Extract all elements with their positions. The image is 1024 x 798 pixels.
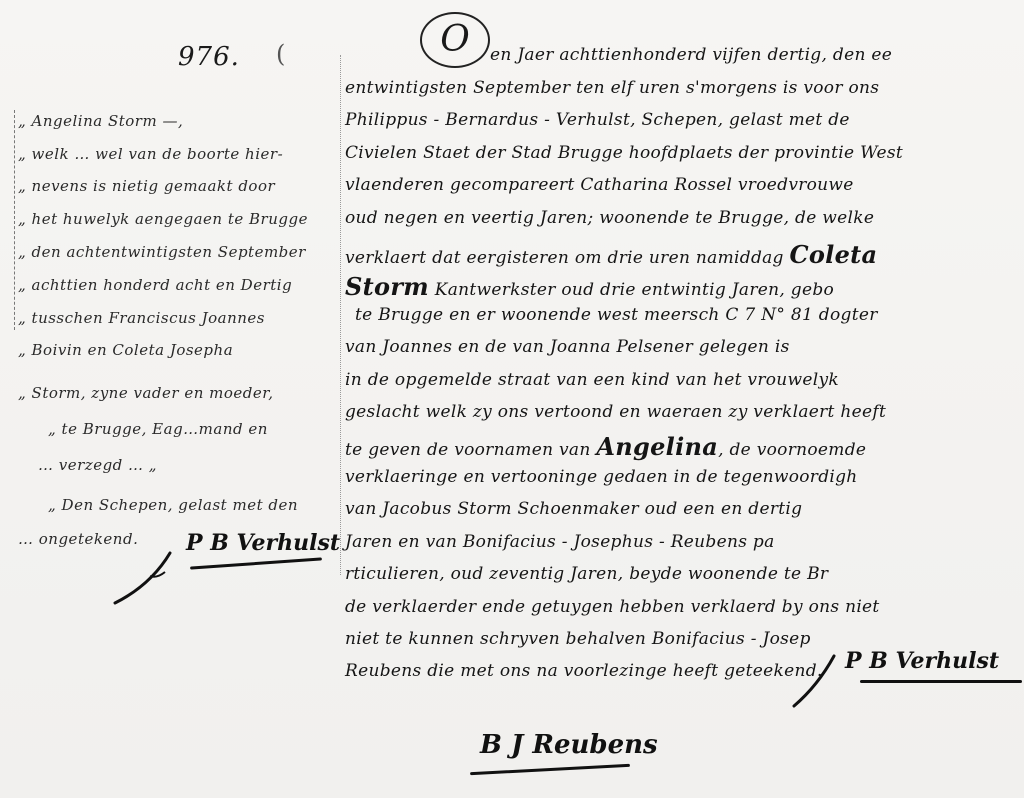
record-paren: ( (276, 40, 285, 68)
margin-line: „ te Brugge, Eag…mand en (48, 420, 368, 438)
margin-line: „ achttien honderd acht en Dertig (18, 276, 338, 294)
record-line: geslacht welk zy ons vertoond en waeraen… (345, 402, 886, 422)
record-line: oud negen en veertig Jaren; woonende te … (345, 208, 874, 228)
margin-line: … verzegd … „ (38, 456, 358, 474)
record-line: Civielen Staet der Stad Brugge hoofdplae… (345, 143, 903, 163)
signature-underline (470, 764, 630, 775)
margin-line: „ nevens is nietig gemaakt door (18, 177, 338, 195)
scanned-document-page: 976. ( „ Angelina Storm —, „ welk … wel … (0, 0, 1024, 798)
record-line: van Joannes en de van Joanna Pelsener ge… (345, 337, 790, 357)
signature-flourish-icon (110, 548, 180, 608)
margin-line: „ Storm, zyne vader en moeder, (18, 384, 338, 402)
signature-underline (860, 680, 1022, 683)
record-line: in de opgemelde straat van een kind van … (345, 370, 839, 390)
margin-line: „ Boivin en Coleta Josepha (18, 341, 338, 359)
record-line: niet te kunnen schryven behalven Bonifac… (345, 629, 811, 649)
record-text: , de voornoemde (718, 440, 866, 460)
record-line: te Brugge en er woonende west meersch C … (355, 305, 878, 325)
signature-underline (190, 557, 322, 569)
margin-line: „ welk … wel van de boorte hier- (18, 145, 338, 163)
record-text: verklaert dat eergisteren om drie uren n… (345, 248, 784, 268)
margin-line: „ tusschen Franciscus Joannes (18, 309, 338, 327)
witness-signature: B J Reubens (480, 730, 658, 760)
record-text: te geven de voornamen van (345, 440, 591, 460)
record-line: de verklaerder ende getuygen hebben verk… (345, 597, 880, 617)
record-line: entwintigsten September ten elf uren s'm… (345, 78, 879, 98)
record-line: Reubens die met ons na voorlezinge heeft… (345, 661, 823, 681)
record-line: en Jaer achttienhonderd vijfen dertig, d… (490, 45, 892, 65)
margin-signature: P B Verhulst (186, 530, 340, 556)
record-line: te geven de voornamen van Angelina, de v… (345, 432, 866, 461)
record-line: rticulieren, oud zeventig Jaren, beyde w… (345, 564, 828, 584)
record-text: Kantwerkster oud drie entwintig Jaren, g… (435, 280, 834, 300)
record-line: verklaert dat eergisteren om drie uren n… (345, 240, 877, 269)
record-line: van Jacobus Storm Schoenmaker oud een en… (345, 499, 802, 519)
mother-surname: Storm (345, 272, 429, 301)
margin-line: „ den achtentwintigsten September (18, 243, 338, 261)
mother-name: Coleta (789, 240, 877, 269)
margin-line: „ het huwelyk aengegaen te Brugge (18, 210, 338, 228)
schepen-signature: P B Verhulst (845, 648, 999, 674)
record-line: verklaeringe en vertooninge gedaen in de… (345, 467, 858, 487)
child-name: Angelina (596, 432, 718, 461)
margin-bracket-line (14, 110, 15, 330)
signature-flourish-icon (790, 650, 840, 710)
record-number: 976. (178, 42, 240, 72)
record-line: vlaenderen gecompareert Catharina Rossel… (345, 175, 854, 195)
margin-line: „ Angelina Storm —, (18, 112, 338, 130)
decorated-initial: O (420, 12, 490, 68)
margin-line: „ Den Schepen, gelast met den (48, 496, 368, 514)
record-line: Jaren en van Bonifacius - Josephus - Reu… (345, 532, 775, 552)
record-line: Philippus - Bernardus - Verhulst, Schepe… (345, 110, 850, 130)
record-line: Storm Kantwerkster oud drie entwintig Ja… (345, 272, 834, 301)
